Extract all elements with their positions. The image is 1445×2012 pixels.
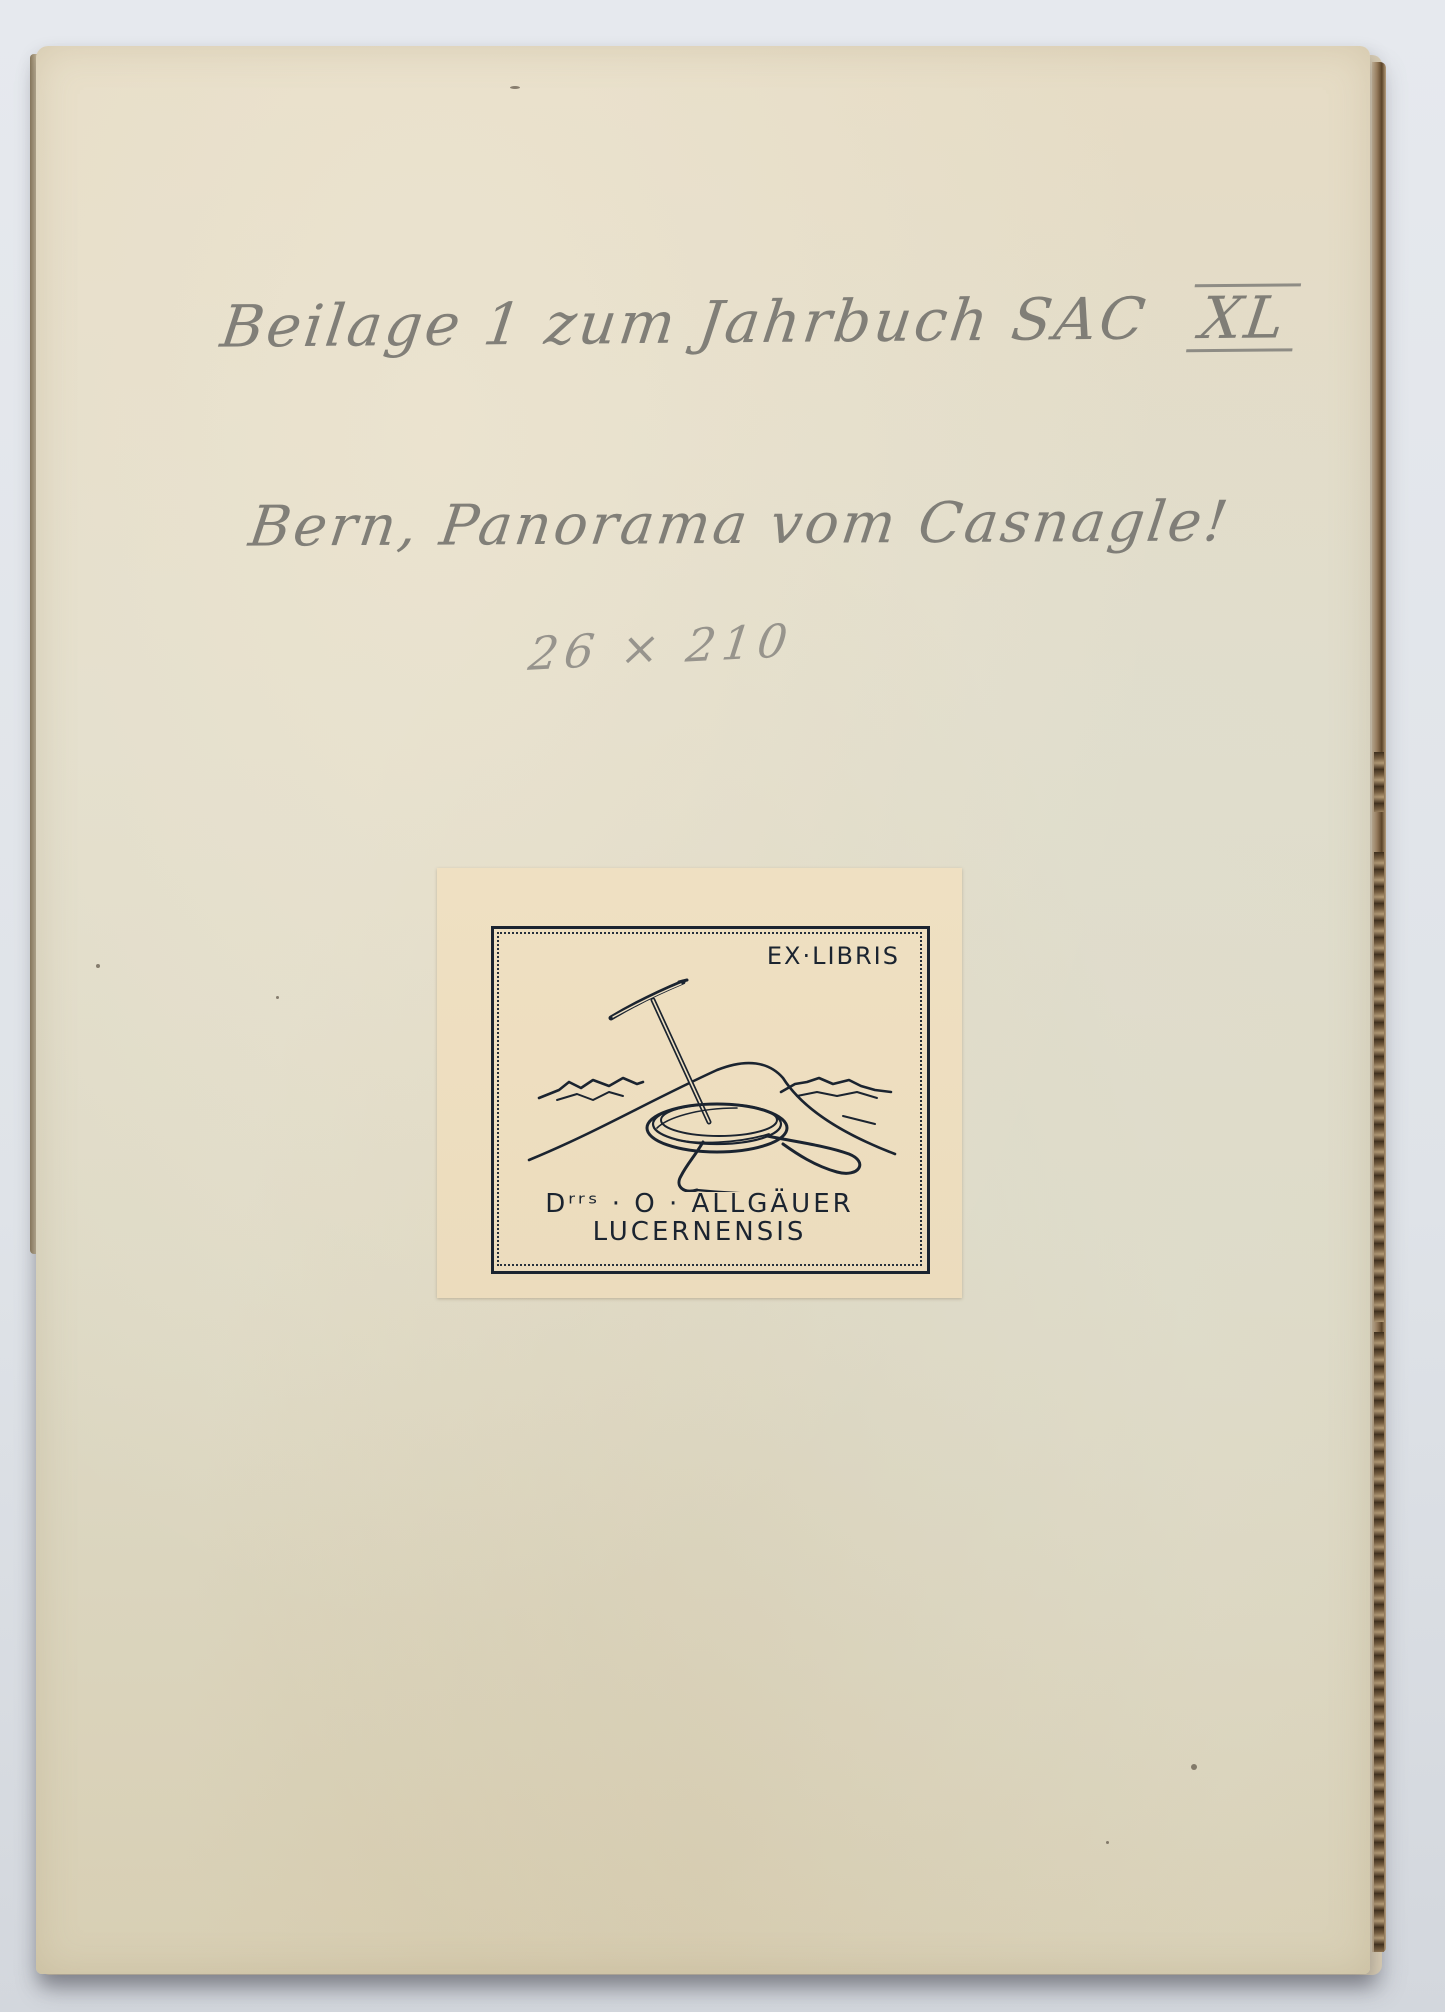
bookplate-location: LUCERNENSIS <box>437 1218 962 1246</box>
handwritten-title-text: Beilage 1 zum Jahrbuch SAC <box>217 285 1152 361</box>
paper-speck <box>96 964 100 968</box>
ice-axe-rope-illustration <box>497 932 918 1192</box>
handwritten-subtitle-line: Bern, Panorama vom Casnagle! <box>245 489 1234 559</box>
handwritten-title-line: Beilage 1 zum Jahrbuch SAC XL <box>217 283 1301 360</box>
paper-speck <box>1106 1841 1109 1844</box>
ex-libris-heading: EX·LIBRIS <box>767 942 900 970</box>
paper-speck <box>510 86 520 89</box>
mountain-ice-axe-icon <box>497 932 918 1192</box>
ex-libris-bookplate: EX·LIBRIS Dʳʳˢ · O · ALLGÄUER LUCERNENSI… <box>437 868 962 1298</box>
page-stack-edge <box>1372 62 1386 1952</box>
paper-speck <box>1191 1764 1197 1770</box>
bookplate-owner-block: Dʳʳˢ · O · ALLGÄUER LUCERNENSIS <box>437 1190 962 1246</box>
roman-numeral-volume: XL <box>1186 283 1301 352</box>
bookplate-owner-name: Dʳʳˢ · O · ALLGÄUER <box>437 1190 962 1218</box>
paper-speck <box>276 996 279 999</box>
